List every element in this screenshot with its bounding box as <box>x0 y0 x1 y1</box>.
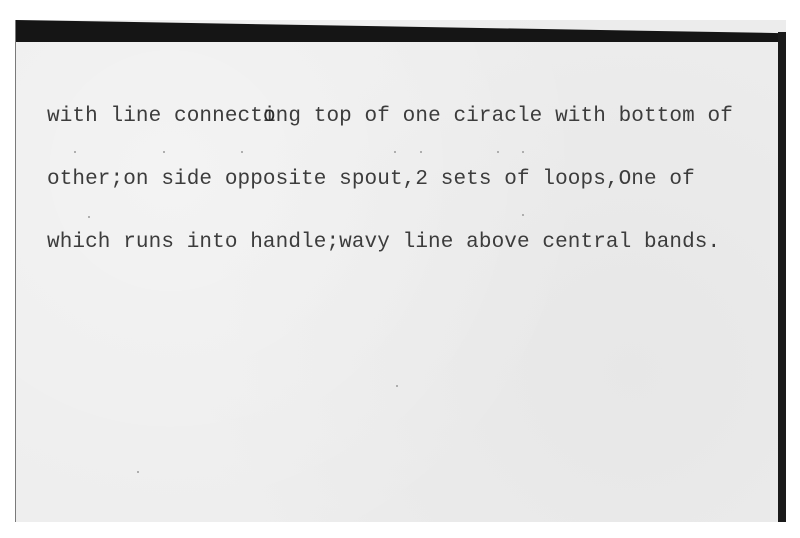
card-right-shadow-edge <box>778 32 786 522</box>
paper-speck <box>88 216 90 218</box>
typewritten-text-block: with line connectoing top of one ciracle… <box>47 64 733 295</box>
catalog-card: with line connectoing top of one ciracle… <box>15 20 786 522</box>
text-line-1-start: with line connect <box>47 105 263 128</box>
text-line-2: other;on side opposite spout,2 sets of l… <box>47 169 733 190</box>
paper-speck <box>396 385 398 387</box>
overstrike-under-char: o <box>263 106 276 127</box>
card-top-shadow-band <box>16 20 786 42</box>
paper-speck <box>227 236 229 238</box>
paper-speck <box>394 151 396 153</box>
paper-speck <box>522 151 524 153</box>
paper-speck <box>278 172 280 174</box>
paper-speck <box>420 151 422 153</box>
paper-speck <box>163 151 165 153</box>
paper-speck <box>522 214 524 216</box>
paper-speck <box>137 471 139 473</box>
text-line-1-end: ng top of one ciracle with bottom of <box>276 105 733 128</box>
overstruck-character: oi <box>263 106 276 127</box>
paper-speck <box>241 151 243 153</box>
paper-speck <box>497 151 499 153</box>
text-line-3: which runs into handle;wavy line above c… <box>47 232 733 253</box>
paper-speck <box>74 151 76 153</box>
text-line-1: with line connectoing top of one ciracle… <box>47 106 733 127</box>
